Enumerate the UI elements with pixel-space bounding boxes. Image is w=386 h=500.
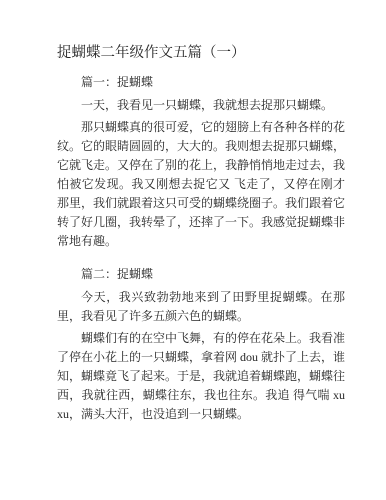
document-title: 捉蝴蝶二年级作文五篇（一）	[57, 43, 345, 63]
essay-2-paragraph-1: 今天，我兴致勃勃地来到了田野里捉蝴蝶。在那里，我看见了许多五颜六色的蝴蝶。	[57, 288, 345, 326]
essay-1-paragraph-1: 一天，我看见一只蝴蝶，我就想去捉那只蝴蝶。	[57, 96, 345, 115]
essay-2-heading: 篇二：捉蝴蝶	[57, 265, 345, 284]
essay-2-paragraph-2: 蝴蝶们有的在空中飞舞，有的停在花朵上。我看准了停在小花上的一只蝴蝶，拿着网 do…	[57, 329, 345, 424]
essay-1-heading: 篇一：捉蝴蝶	[57, 73, 345, 92]
document-page: 捉蝴蝶二年级作文五篇（一） 篇一：捉蝴蝶 一天，我看见一只蝴蝶，我就想去捉那只蝴…	[0, 0, 386, 500]
essay-section-2: 篇二：捉蝴蝶 今天，我兴致勃勃地来到了田野里捉蝴蝶。在那里，我看见了许多五颜六色…	[57, 265, 345, 424]
essay-section-1: 篇一：捉蝴蝶 一天，我看见一只蝴蝶，我就想去捉那只蝴蝶。 那只蝴蝶真的很可爱，它…	[57, 73, 345, 251]
essay-1-paragraph-2: 那只蝴蝶真的很可爱，它的翅膀上有各种各样的花纹。它的眼睛圆圆的，大大的。我则想去…	[57, 118, 345, 251]
